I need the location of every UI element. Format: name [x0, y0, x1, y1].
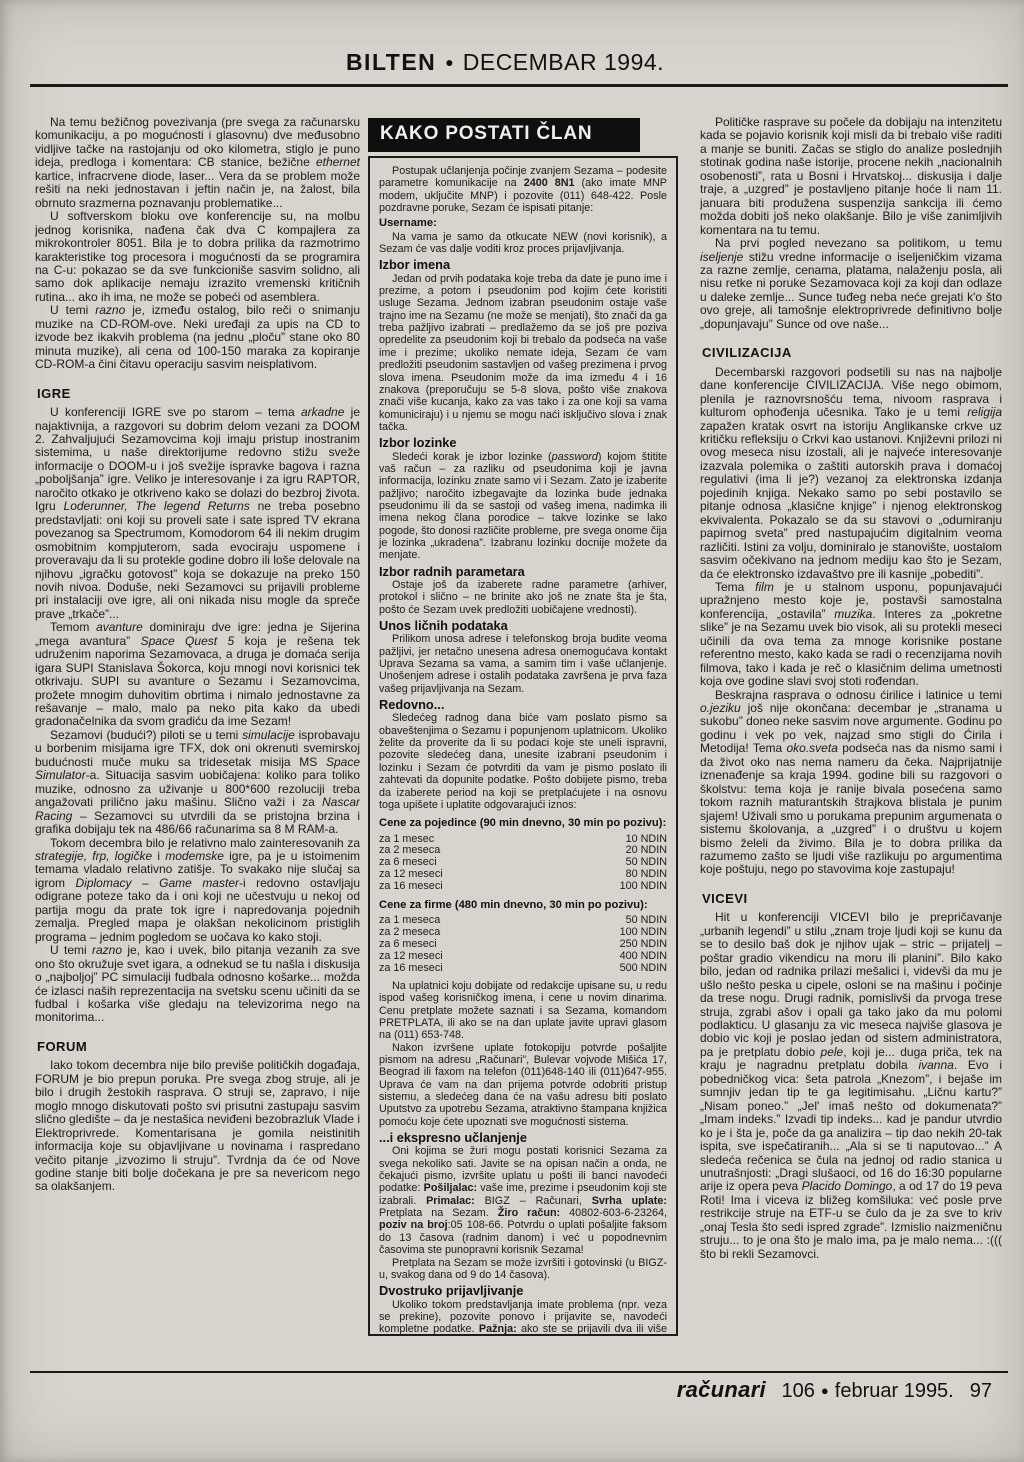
price-row: za 16 meseci100 NDIN	[379, 881, 667, 893]
membership-box: KAKO POSTATI ČLAN Postupak učlanjenja po…	[368, 118, 678, 1336]
issue-date: februar 1995.	[835, 1380, 954, 1402]
price-row: za 16 meseci500 NDIN	[379, 963, 667, 975]
paragraph: U konferenciji IGRE sve po starom – tema…	[35, 406, 360, 621]
bullet-icon: ●	[436, 54, 462, 70]
paragraph: Sezamovi (budući?) piloti se u temi simu…	[35, 729, 360, 837]
paragraph: Jedan od prvih podataka koje treba da da…	[379, 273, 667, 433]
header-rule	[30, 84, 1008, 87]
section-heading: VICEVI	[702, 892, 1002, 905]
paragraph: Na vama je samo da otkucate NEW (novi ko…	[379, 231, 667, 256]
paragraph: Pretplata na Sezam se može izvršiti i go…	[379, 1257, 667, 1282]
price-table: za 1 meseca50 NDINza 2 meseca100 NDINza …	[379, 915, 667, 975]
box-heading: Izbor radnih parametara	[379, 566, 667, 578]
box-heading: Unos ličnih podataka	[379, 620, 667, 632]
price-table-heading: Cene za pojedince (90 min dnevno, 30 min…	[379, 817, 667, 829]
paragraph: Ukoliko tokom predstavljanja imate probl…	[379, 1299, 667, 1336]
paragraph: Beskrajna rasprava o odnosu ćirilice i l…	[700, 689, 1002, 877]
bullet-icon: ●	[815, 1383, 835, 1398]
page-number: 97	[970, 1380, 992, 1402]
paragraph: Nakon izvršene uplate fotokopiju potvrde…	[379, 1042, 667, 1128]
issue-number: 106	[782, 1380, 815, 1402]
section-heading: FORUM	[37, 1040, 360, 1053]
paragraph: Ostaje još da izaberete radne parametre …	[379, 579, 667, 616]
footer-spacer	[766, 1380, 782, 1402]
paragraph: Postupak učlanjenja počinje zvanjem Seza…	[379, 165, 667, 214]
price-amount: 500 NDIN	[620, 963, 667, 975]
page-footer: računari 106●februar 1995.97	[30, 1377, 992, 1403]
bulletin-date: DECEMBAR 1994.	[463, 49, 664, 75]
price-period: za 16 meseci	[379, 963, 443, 975]
box-heading: Izbor lozinke	[379, 437, 667, 449]
membership-box-title: KAKO POSTATI ČLAN	[368, 118, 640, 152]
box-heading: Redovno...	[379, 699, 667, 711]
magazine-page: BILTEN●DECEMBAR 1994. Na temu bežičnog p…	[0, 0, 1024, 1462]
box-heading: ...i ekspresno učlanjenje	[379, 1132, 667, 1144]
price-table-heading: Cene za firme (480 min dnevno, 30 min po…	[379, 899, 667, 911]
section-heading: IGRE	[37, 387, 360, 400]
paragraph: Sledeći korak je izbor lozinke (password…	[379, 451, 667, 562]
box-subheading: Username:	[379, 217, 667, 229]
footer-rule	[30, 1371, 1008, 1373]
membership-box-body: Postupak učlanjenja počinje zvanjem Seza…	[368, 156, 678, 1336]
paragraph: Prilikom unosa adrese i telefonskog broj…	[379, 633, 667, 695]
paragraph: U softverskom bloku ove konferencije su,…	[35, 210, 360, 304]
paragraph: U temi razno je, između ostalog, bilo re…	[35, 304, 360, 371]
box-heading: Dvostruko prijavljivanje	[379, 1285, 667, 1297]
paragraph: Na prvi pogled nevezano sa politikom, u …	[700, 237, 1002, 331]
price-amount: 100 NDIN	[620, 881, 667, 893]
paragraph: Iako tokom decembra nije bilo previše po…	[35, 1059, 360, 1194]
bulletin-title: BILTEN	[346, 49, 436, 75]
right-column: Političke rasprave su počele da dobijaju…	[700, 116, 1002, 1261]
paragraph: Na uplatnici koju dobijate od redakcije …	[379, 980, 667, 1042]
price-table: za 1 mesec10 NDINza 2 meseca20 NDINza 6 …	[379, 834, 667, 894]
paragraph: Političke rasprave su počele da dobijaju…	[700, 116, 1002, 237]
paragraph: U temi razno je, kao i uvek, bilo pitanj…	[35, 944, 360, 1025]
paragraph: Oni kojima se žuri mogu postati korisnic…	[379, 1145, 667, 1256]
box-heading: Izbor imena	[379, 259, 667, 271]
paragraph: Tokom decembra bilo je relativno malo za…	[35, 837, 360, 945]
paragraph: Sledećeg radnog dana biće vam poslato pi…	[379, 712, 667, 811]
paragraph: Temom avanture dominiraju dve igre: jedn…	[35, 621, 360, 729]
paragraph: Na temu bežičnog povezivanja (pre svega …	[35, 116, 360, 210]
magazine-logo: računari	[677, 1377, 766, 1402]
price-period: za 16 meseci	[379, 881, 443, 893]
paragraph: Tema film je u stalnom usponu, popunjava…	[700, 581, 1002, 689]
left-column: Na temu bežičnog povezivanja (pre svega …	[35, 116, 360, 1194]
section-heading: CIVILIZACIJA	[702, 346, 1002, 359]
paragraph: Hit u konferenciji VICEVI bilo je prepri…	[700, 911, 1002, 1261]
paragraph: Decembarski razgovori podsetili su nas n…	[700, 366, 1002, 581]
page-header: BILTEN●DECEMBAR 1994.	[30, 49, 980, 76]
